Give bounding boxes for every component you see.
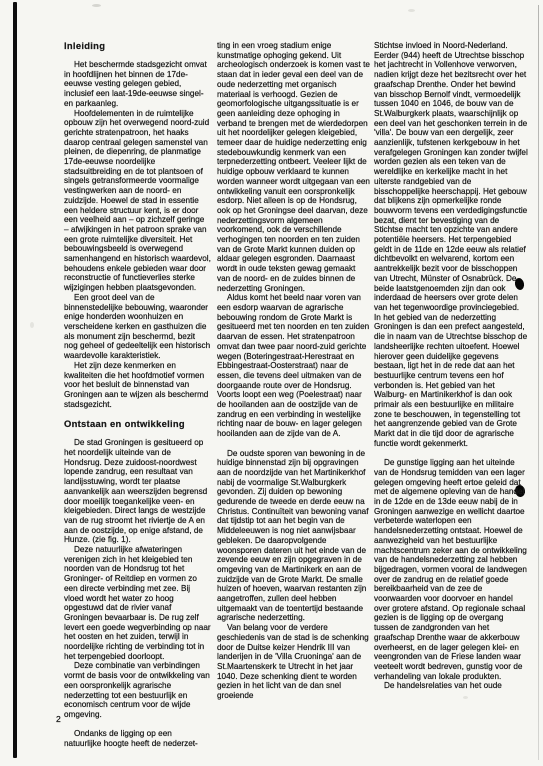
- paragraph: Stichtse invloed in Noord-Nederland. Eer…: [374, 41, 528, 449]
- text-column-3: Stichtse invloed in Noord-Nederland. Eer…: [374, 41, 528, 691]
- paragraph: Deze natuurlijke afwateringen verenigen …: [64, 545, 211, 661]
- paragraph: Deze combinatie van verbindingen vormt d…: [64, 661, 211, 719]
- scan-speck: [408, 9, 415, 12]
- paragraph: Het zijn deze kenmerken en kwaliteiten d…: [64, 361, 211, 410]
- section-heading-inleiding: Inleiding: [64, 41, 211, 51]
- paragraph: De oudste sporen van bewoning in de huid…: [217, 449, 370, 624]
- text-column-1: Inleiding Het beschermde stadsgezicht om…: [64, 41, 211, 749]
- paragraph: De handelsrelaties van het oude: [374, 681, 528, 691]
- paragraph: ting in een vroeg stadium enige kunstmat…: [217, 41, 370, 293]
- paragraph: De gunstige ligging aan het uiteinde van…: [374, 458, 528, 681]
- paragraph: Hoofdelementen in de ruimtelijke opbouw …: [64, 109, 211, 293]
- paragraph: De stad Groningen is gesitueerd op het n…: [64, 438, 211, 545]
- scan-speck: [463, 696, 468, 699]
- paragraph: Van belang voor de verdere geschiedenis …: [217, 623, 370, 701]
- paragraph: Aldus komt het beeld naar voren van een …: [217, 293, 370, 439]
- scan-speck: [92, 4, 101, 7]
- document-page: Inleiding Het beschermde stadsgezicht om…: [0, 0, 543, 766]
- section-heading-ontstaan: Ontstaan en ontwikkeling: [64, 419, 211, 429]
- page-edge-line: [538, 5, 539, 760]
- paragraph: Het beschermde stadsgezicht omvat in hoo…: [64, 60, 211, 109]
- binding-edge-bar: [13, 2, 17, 758]
- page-number: 2: [56, 714, 61, 724]
- scan-speck: [30, 322, 34, 328]
- paragraph: Een groot deel van de binnenstedelijke b…: [64, 293, 211, 361]
- text-column-2: ting in een vroeg stadium enige kunstmat…: [217, 41, 370, 701]
- paragraph: Ondanks de ligging op een natuurlijke ho…: [64, 729, 211, 748]
